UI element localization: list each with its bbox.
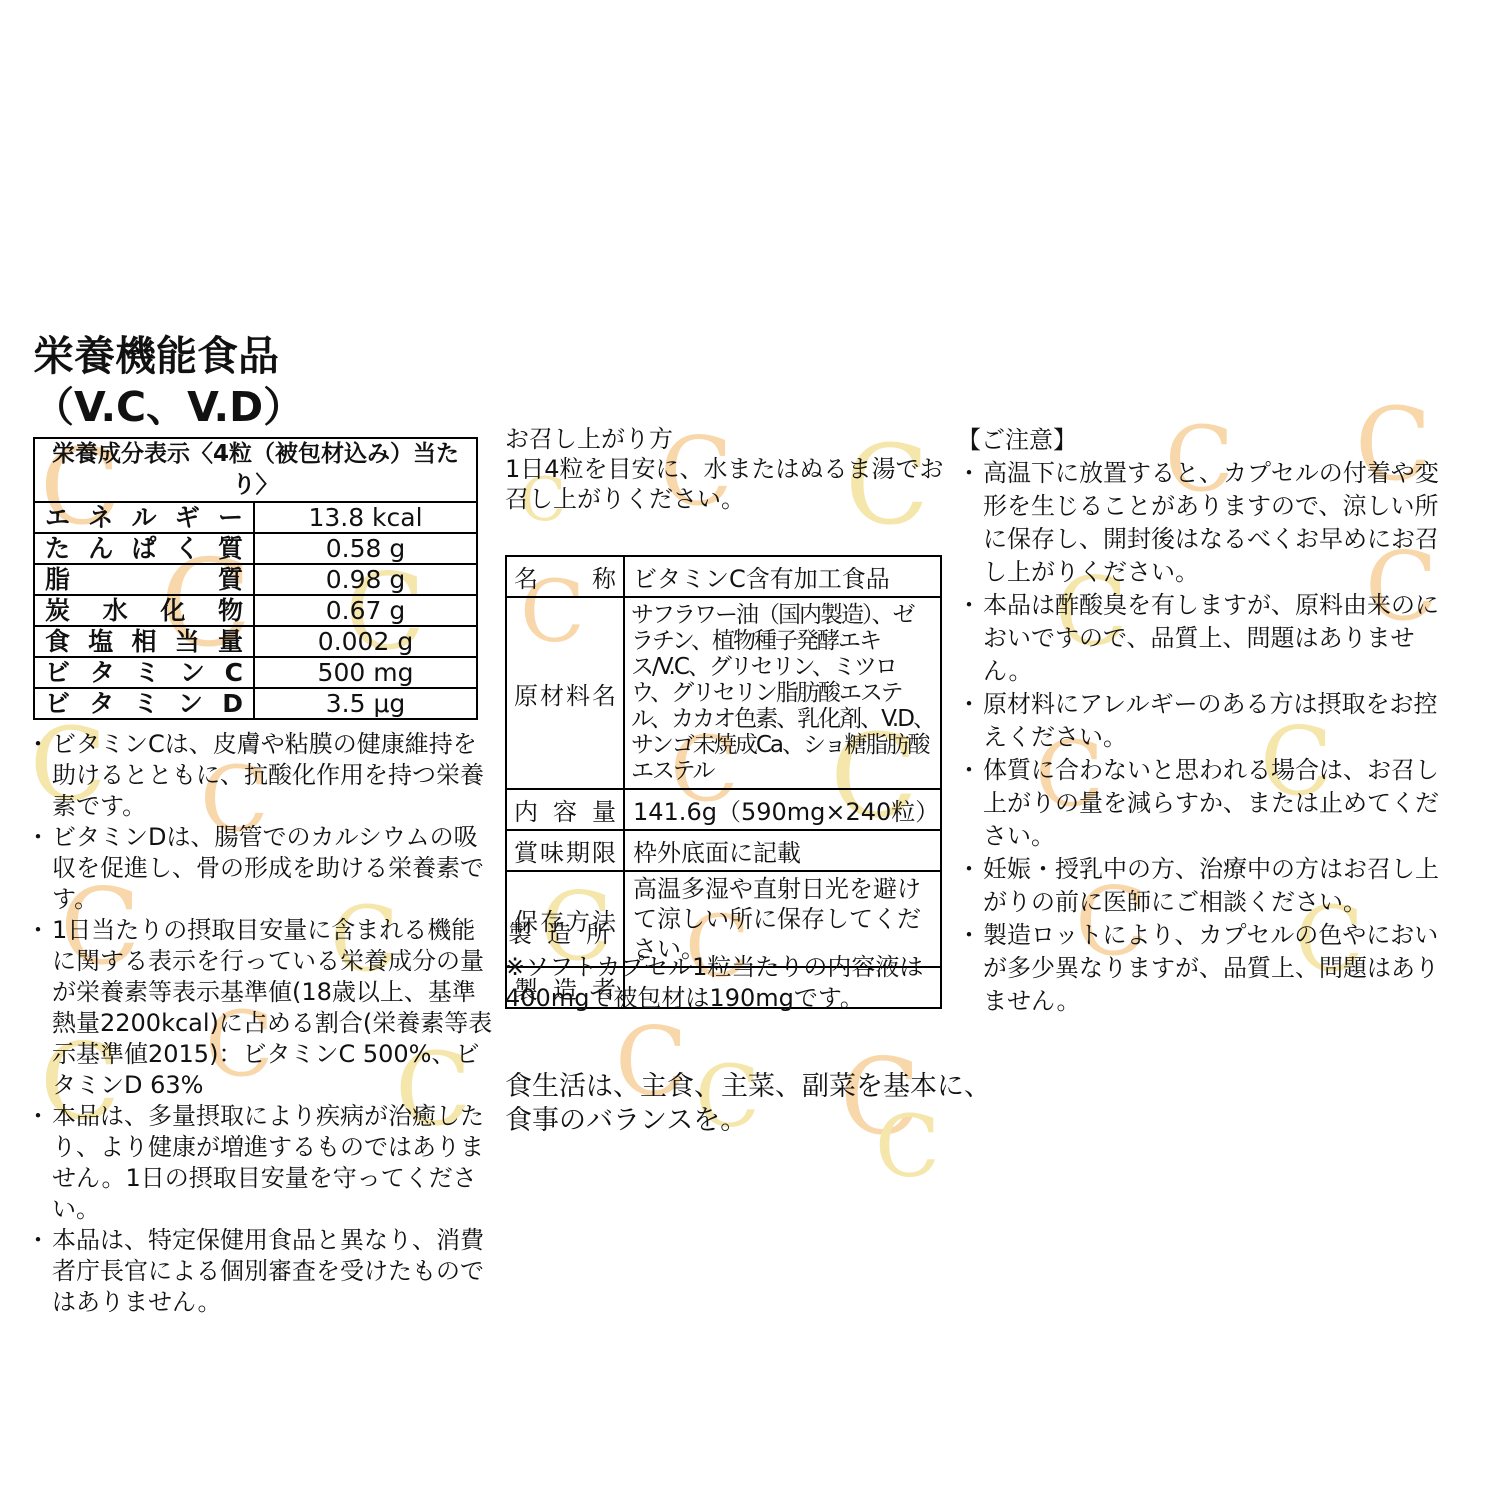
list-item: ・製造ロットにより、カプセルの色やにおいが多少異なりますが、品質上、問題はありま…	[957, 919, 1457, 1018]
bullet: ・	[26, 915, 52, 1101]
field-value: サフラワー油（国内製造）、ゼラチン、植物種子発酵エキス/V.C、グリセリン、ミツ…	[624, 597, 941, 789]
caution-text: 本品は酢酸臭を有しますが、原料由来のにおいですので、品質上、問題はありません。	[983, 589, 1457, 688]
caution-text: 体質に合わないと思われる場合は、お召し上がりの量を減らすか、または止めてください…	[983, 754, 1457, 853]
capsule-weight-note: ※ソフトカプセル1粒当たりの内容液は400mgで被包材は190mgです。	[505, 952, 975, 1014]
bullet: ・	[26, 1225, 52, 1318]
serving-body: 1日4粒を目安に、水またはぬるま湯でお召し上がりください。	[505, 454, 963, 514]
table-row: ビタミンD3.5 μg	[34, 688, 477, 719]
field-value: 枠外底面に記載	[624, 830, 941, 871]
list-item: ・本品は酢酸臭を有しますが、原料由来のにおいですので、品質上、問題はありません。	[957, 589, 1457, 688]
table-row: 名称ビタミンC含有加工食品	[506, 556, 941, 597]
nutrition-label-sheet: C C C C C C C C C C C C C C C C C C C C …	[0, 0, 1500, 1500]
field-label: 名称	[506, 556, 624, 597]
caution-text: 原材料にアレルギーのある方は摂取をお控えください。	[983, 688, 1457, 754]
field-label: 賞味期限	[506, 830, 624, 871]
function-notes: ・ビタミンCは、皮膚や粘膜の健康維持を助けるとともに、抗酸化作用を持つ栄養素です…	[26, 729, 496, 1318]
list-item: ・体質に合わないと思われる場合は、お召し上がりの量を減らすか、または止めてくださ…	[957, 754, 1457, 853]
list-item: ・1日当たりの摂取目安量に含まれる機能に関する表示を行っている栄養成分の量が栄養…	[26, 915, 496, 1101]
serving-heading: お召し上がり方	[505, 424, 963, 454]
table-row: ビタミンC500 mg	[34, 657, 477, 688]
bullet: ・	[26, 1101, 52, 1225]
bullet: ・	[26, 729, 52, 822]
field-label: 原材料名	[506, 597, 624, 789]
nutrient-value: 0.002 g	[254, 626, 477, 657]
note-text: 1日当たりの摂取目安量に含まれる機能に関する表示を行っている栄養成分の量が栄養素…	[52, 915, 496, 1101]
bullet: ・	[957, 457, 983, 589]
nutrient-label: ビタミンD	[34, 688, 254, 719]
list-item: ・高温下に放置すると、カプセルの付着や変形を生じることがありますので、涼しい所に…	[957, 457, 1457, 589]
list-item: ・本品は、多量摂取により疾病が治癒したり、より健康が増進するものではありません。…	[26, 1101, 496, 1225]
field-label: 内容量	[506, 789, 624, 830]
cautions-section: 【ご注意】 ・高温下に放置すると、カプセルの付着や変形を生じることがありますので…	[957, 424, 1457, 1018]
nutrient-value: 0.58 g	[254, 533, 477, 564]
nutrient-label: 炭水化物	[34, 595, 254, 626]
nutrient-label: たんぱく質	[34, 533, 254, 564]
bullet: ・	[957, 589, 983, 688]
list-item: ・原材料にアレルギーのある方は摂取をお控えください。	[957, 688, 1457, 754]
caution-text: 高温下に放置すると、カプセルの付着や変形を生じることがありますので、涼しい所に保…	[983, 457, 1457, 589]
nutrient-value: 3.5 μg	[254, 688, 477, 719]
note-text: ビタミンDは、腸管でのカルシウムの吸収を促進し、骨の形成を助ける栄養素です。	[52, 822, 496, 915]
caution-text: 妊娠・授乳中の方、治療中の方はお召し上がりの前に医師にご相談ください。	[983, 853, 1457, 919]
table-row: 炭水化物0.67 g	[34, 595, 477, 626]
table-row: 脂質0.98 g	[34, 564, 477, 595]
bullet: ・	[957, 688, 983, 754]
nutrient-value: 500 mg	[254, 657, 477, 688]
nutrient-label: ビタミンC	[34, 657, 254, 688]
note-text: 本品は、特定保健用食品と異なり、消費者庁長官による個別審査を受けたものではありま…	[52, 1225, 496, 1318]
dietary-balance-note: 食生活は、主食、主菜、副菜を基本に、食事のバランスを。	[505, 1070, 1005, 1138]
cautions-heading: 【ご注意】	[957, 424, 1457, 457]
page-title-line2: （V.C、V.D）	[33, 382, 304, 433]
nutrient-value: 0.67 g	[254, 595, 477, 626]
table-row: 食塩相当量0.002 g	[34, 626, 477, 657]
bullet: ・	[957, 754, 983, 853]
note-text: ビタミンCは、皮膚や粘膜の健康維持を助けるとともに、抗酸化作用を持つ栄養素です。	[52, 729, 496, 822]
page-title-line1: 栄養機能食品	[33, 331, 304, 382]
bullet: ・	[957, 853, 983, 919]
bullet: ・	[26, 822, 52, 915]
nutrition-table-title: 栄養成分表示〈4粒（被包材込み）当たり〉	[34, 438, 477, 502]
nutrient-value: 0.98 g	[254, 564, 477, 595]
note-text: 本品は、多量摂取により疾病が治癒したり、より健康が増進するものではありません。1…	[52, 1101, 496, 1225]
caution-text: 製造ロットにより、カプセルの色やにおいが多少異なりますが、品質上、問題はありませ…	[983, 919, 1457, 1018]
field-value: ビタミンC含有加工食品	[624, 556, 941, 597]
nutrient-label: 脂質	[34, 564, 254, 595]
list-item: ・妊娠・授乳中の方、治療中の方はお召し上がりの前に医師にご相談ください。	[957, 853, 1457, 919]
field-value: 141.6g（590mg×240粒）	[624, 789, 941, 830]
table-row: 内容量141.6g（590mg×240粒）	[506, 789, 941, 830]
table-row: エネルギー13.8 kcal	[34, 502, 477, 533]
table-row: たんぱく質0.58 g	[34, 533, 477, 564]
bullet: ・	[957, 919, 983, 1018]
nutrient-label: エネルギー	[34, 502, 254, 533]
list-item: ・ビタミンDは、腸管でのカルシウムの吸収を促進し、骨の形成を助ける栄養素です。	[26, 822, 496, 915]
list-item: ・本品は、特定保健用食品と異なり、消費者庁長官による個別審査を受けたものではあり…	[26, 1225, 496, 1318]
page-title: 栄養機能食品 （V.C、V.D）	[33, 331, 304, 433]
nutrition-facts-table: 栄養成分表示〈4粒（被包材込み）当たり〉 エネルギー13.8 kcal たんぱく…	[33, 437, 478, 720]
list-item: ・ビタミンCは、皮膚や粘膜の健康維持を助けるとともに、抗酸化作用を持つ栄養素です…	[26, 729, 496, 822]
serving-instructions: お召し上がり方 1日4粒を目安に、水またはぬるま湯でお召し上がりください。	[505, 424, 963, 514]
nutrient-label: 食塩相当量	[34, 626, 254, 657]
manufacturing-site-label: 製造所	[508, 914, 610, 949]
table-row: 賞味期限枠外底面に記載	[506, 830, 941, 871]
table-row: 原材料名サフラワー油（国内製造）、ゼラチン、植物種子発酵エキス/V.C、グリセリ…	[506, 597, 941, 789]
nutrient-value: 13.8 kcal	[254, 502, 477, 533]
